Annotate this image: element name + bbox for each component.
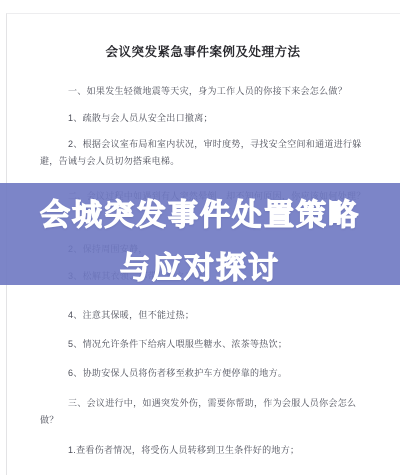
document-paragraph: 2、根据会议室布局和室内状况，审时度势，寻找安全空间和通道进行躲避，告诫与会人员… <box>40 136 366 170</box>
document-paragraph: 6、协助安保人员将伤者移至救护车方便停靠的地方。 <box>40 365 366 382</box>
document-paragraph: 三、会议进行中，如遇突发外伤，需要你帮助，作为会服人员你会怎么做？ <box>40 395 366 429</box>
document-title: 会议突发紧急事件案例及处理方法 <box>40 0 366 61</box>
document-paragraph: 1、疏散与会人员从安全出口撤离； <box>40 110 366 127</box>
document-paragraph: 一、如果发生轻微地震等天灾，身为工作人员的你接下来会怎么做？ <box>40 83 366 100</box>
banner-title-line1: 会城突发事件处置策略 <box>0 183 400 236</box>
title-overlay-banner: 会城突发事件处置策略 与应对探讨 <box>0 183 400 285</box>
document-paragraph: 4、注意其保暖，但不能过热； <box>40 307 366 324</box>
document-page: { "document": { "title": "会议突发紧急事件案例及处理方… <box>0 0 400 475</box>
banner-title-line2: 与应对探讨 <box>0 236 400 289</box>
document-paragraph: 1.查看伤者情况，将受伤人员转移到卫生条件好的地方； <box>40 442 366 459</box>
document-paragraph: 5、情况允许条件下给病人喂服些糖水、浓茶等热饮； <box>40 336 366 353</box>
